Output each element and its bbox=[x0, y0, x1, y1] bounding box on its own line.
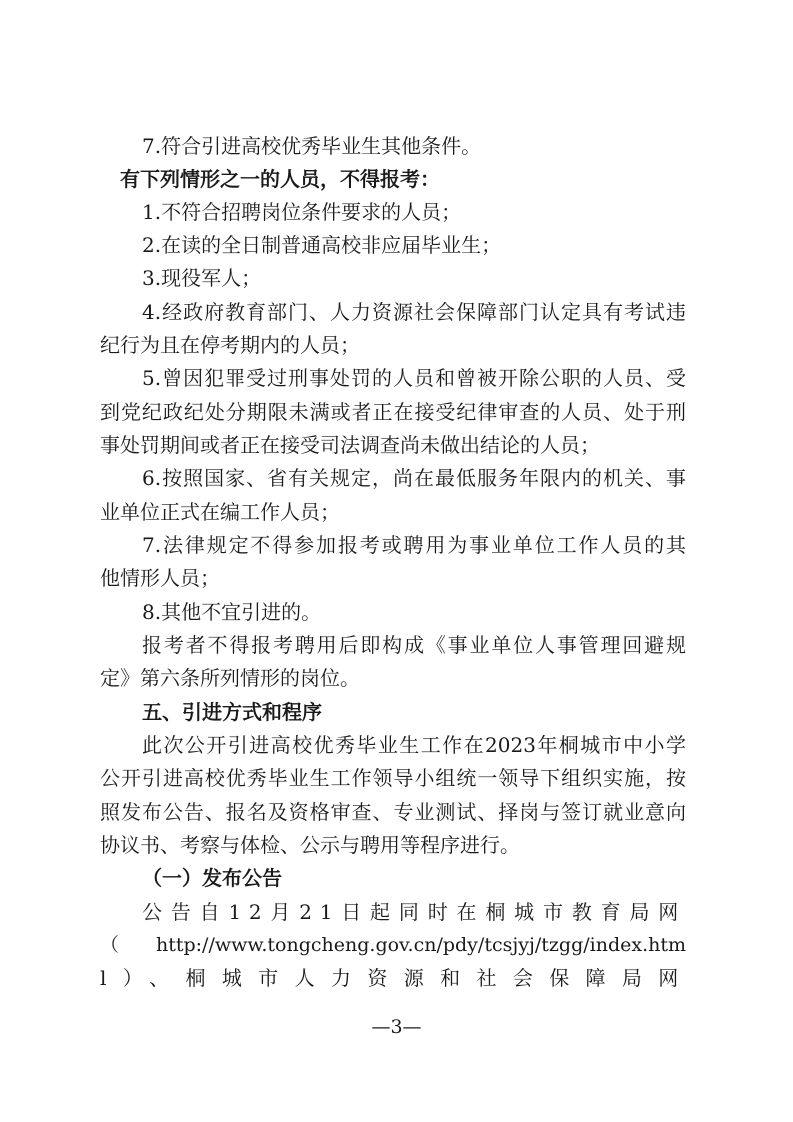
list-item: 6.按照国家、省有关规定，尚在最低服务年限内的机关、事 bbox=[100, 462, 686, 495]
text-line: 协议书、考察与体检、公示与聘用等程序进行。 bbox=[100, 829, 686, 862]
section-heading: 五、引进方式和程序 bbox=[100, 696, 686, 729]
paragraph-line: 此次公开引进高校优秀毕业生工作在2023年桐城市中小学 bbox=[100, 729, 686, 762]
list-item: 3.现役军人； bbox=[100, 262, 686, 295]
list-item: 4.经政府教育部门、人力资源社会保障部门认定具有考试违 bbox=[100, 296, 686, 329]
paragraph-line: 公告自12月21日起同时在桐城市教育局网 bbox=[100, 896, 686, 929]
list-item: 2.在读的全日制普通高校非应届毕业生； bbox=[100, 229, 686, 262]
list-item: 7.法律规定不得参加报考或聘用为事业单位工作人员的其 bbox=[100, 529, 686, 562]
text-line: 业单位正式在编工作人员； bbox=[100, 496, 686, 529]
subsection-heading: （一）发布公告 bbox=[100, 862, 686, 895]
list-item: 1.不符合招聘岗位条件要求的人员； bbox=[100, 196, 686, 229]
text-line: 照发布公告、报名及资格审查、专业测试、择岗与签订就业意向 bbox=[100, 796, 686, 829]
text-line: 纪行为且在停考期内的人员； bbox=[100, 329, 686, 362]
document-page: 7.符合引进高校优秀毕业生其他条件。 有下列情形之一的人员，不得报考： 1.不符… bbox=[0, 0, 793, 1122]
text-line: 他情形人员； bbox=[100, 562, 686, 595]
url-line: （http://www.tongcheng.gov.cn/pdy/tcsjyj/… bbox=[100, 929, 686, 962]
list-item: 8.其他不宜引进的。 bbox=[100, 596, 686, 629]
section-subheading: 有下列情形之一的人员，不得报考： bbox=[120, 163, 706, 196]
page-number: —3— bbox=[0, 1013, 793, 1041]
text-line: 公开引进高校优秀毕业生工作领导小组统一领导下组织实施，按 bbox=[100, 762, 686, 795]
text-line: 定》第六条所列情形的岗位。 bbox=[100, 662, 686, 695]
text-line: l）、桐城市人力资源和社会保障局网 bbox=[100, 962, 686, 995]
text-line: 事处罚期间或者正在接受司法调查尚未做出结论的人员； bbox=[100, 429, 686, 462]
text-line: 到党纪政纪处分期限未满或者正在接受纪律审查的人员、处于刑 bbox=[100, 396, 686, 429]
text-line: 7.符合引进高校优秀毕业生其他条件。 bbox=[100, 130, 686, 163]
list-item: 5.曾因犯罪受过刑事处罚的人员和曾被开除公职的人员、受 bbox=[100, 362, 686, 395]
paragraph-line: 报考者不得报考聘用后即构成《事业单位人事管理回避规 bbox=[100, 629, 686, 662]
